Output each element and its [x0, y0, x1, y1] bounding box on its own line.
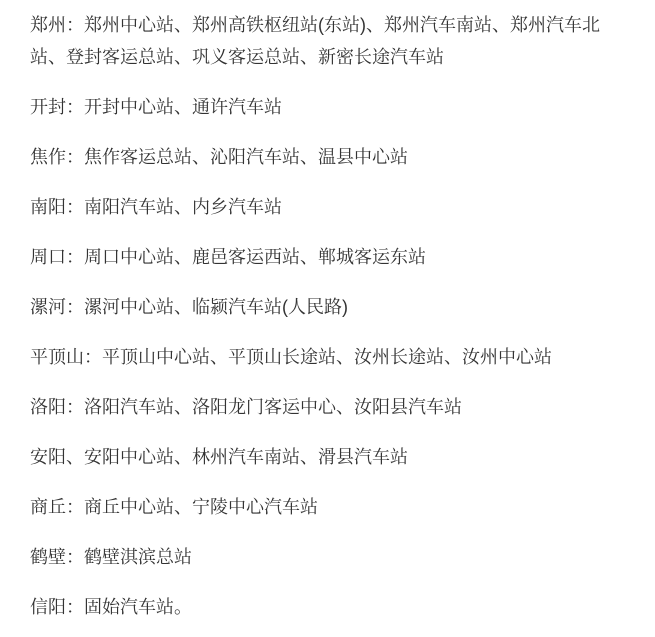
paragraph-xinyang-stations: 信阳：固始汽车站。: [30, 591, 615, 623]
paragraph-zhengzhou-stations: 郑州：郑州中心站、郑州高铁枢纽站(东站)、郑州汽车南站、郑州汽车北站、登封客运总…: [30, 9, 615, 73]
paragraph-shangqiu-stations: 商丘：商丘中心站、宁陵中心汽车站: [30, 491, 615, 523]
station-list-document: 郑州：郑州中心站、郑州高铁枢纽站(东站)、郑州汽车南站、郑州汽车北站、登封客运总…: [0, 0, 655, 637]
paragraph-nanyang-stations: 南阳：南阳汽车站、内乡汽车站: [30, 191, 615, 223]
paragraph-pingdingshan-stations: 平顶山：平顶山中心站、平顶山长途站、汝州长途站、汝州中心站: [30, 341, 615, 373]
paragraph-kaifeng-stations: 开封：开封中心站、通许汽车站: [30, 91, 615, 123]
paragraph-anyang-stations: 安阳、安阳中心站、林州汽车南站、滑县汽车站: [30, 441, 615, 473]
paragraph-luoyang-stations: 洛阳：洛阳汽车站、洛阳龙门客运中心、汝阳县汽车站: [30, 391, 615, 423]
paragraph-jiaozuo-stations: 焦作：焦作客运总站、沁阳汽车站、温县中心站: [30, 141, 615, 173]
paragraph-zhoukou-stations: 周口：周口中心站、鹿邑客运西站、郸城客运东站: [30, 241, 615, 273]
paragraph-luohe-stations: 漯河：漯河中心站、临颍汽车站(人民路): [30, 291, 615, 323]
paragraph-hebi-stations: 鹤壁：鹤壁淇滨总站: [30, 541, 615, 573]
